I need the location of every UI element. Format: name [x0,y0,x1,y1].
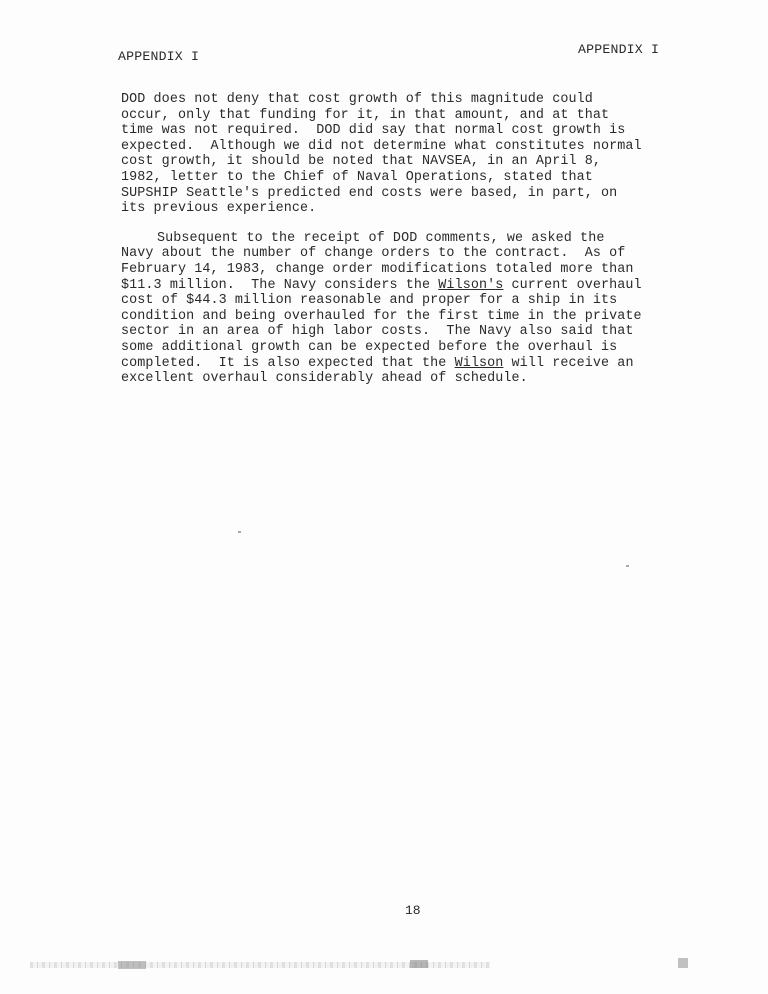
text-line: time was not required. DOD did say that … [121,123,681,139]
ship-name-underlined: Wilson [455,356,504,371]
scan-speck [626,565,629,567]
text-segment: will receive an [503,356,633,371]
text-line: 1982, letter to the Chief of Naval Opera… [121,170,681,186]
text-line: Subsequent to the receipt of DOD comment… [121,231,681,247]
text-line: $11.3 million. The Navy considers the Wi… [121,278,681,294]
appendix-header-right: APPENDIX I [578,42,659,57]
scan-artifact [678,958,688,968]
text-line: cost of $44.3 million reasonable and pro… [121,293,681,309]
text-segment: completed. It is also expected that the [121,356,455,371]
appendix-header-left: APPENDIX I [118,49,199,64]
text-segment: $11.3 million. The Navy considers the [121,278,438,293]
page-number: 18 [405,903,421,918]
text-line: Navy about the number of change orders t… [121,246,681,262]
text-line: its previous experience. [121,201,681,217]
text-segment: current overhaul [503,278,641,293]
text-line: completed. It is also expected that the … [121,356,681,372]
text-line: expected. Although we did not determine … [121,139,681,155]
document-body: DOD does not deny that cost growth of th… [121,92,681,387]
scan-artifact [410,960,428,968]
scan-artifact [118,961,146,969]
text-line: SUPSHIP Seattle's predicted end costs we… [121,186,681,202]
text-line: condition and being overhauled for the f… [121,309,681,325]
text-line: sector in an area of high labor costs. T… [121,324,681,340]
paragraph-dod-response: DOD does not deny that cost growth of th… [121,92,681,217]
text-line: DOD does not deny that cost growth of th… [121,92,681,108]
scan-speck [238,531,241,533]
text-line: February 14, 1983, change order modifica… [121,262,681,278]
ship-name-underlined: Wilson's [438,278,503,293]
text-line: occur, only that funding for it, in that… [121,108,681,124]
text-line: some additional growth can be expected b… [121,340,681,356]
text-line: excellent overhaul considerably ahead of… [121,371,681,387]
paragraph-navy-change-orders: Subsequent to the receipt of DOD comment… [121,231,681,387]
text-line: cost growth, it should be noted that NAV… [121,154,681,170]
